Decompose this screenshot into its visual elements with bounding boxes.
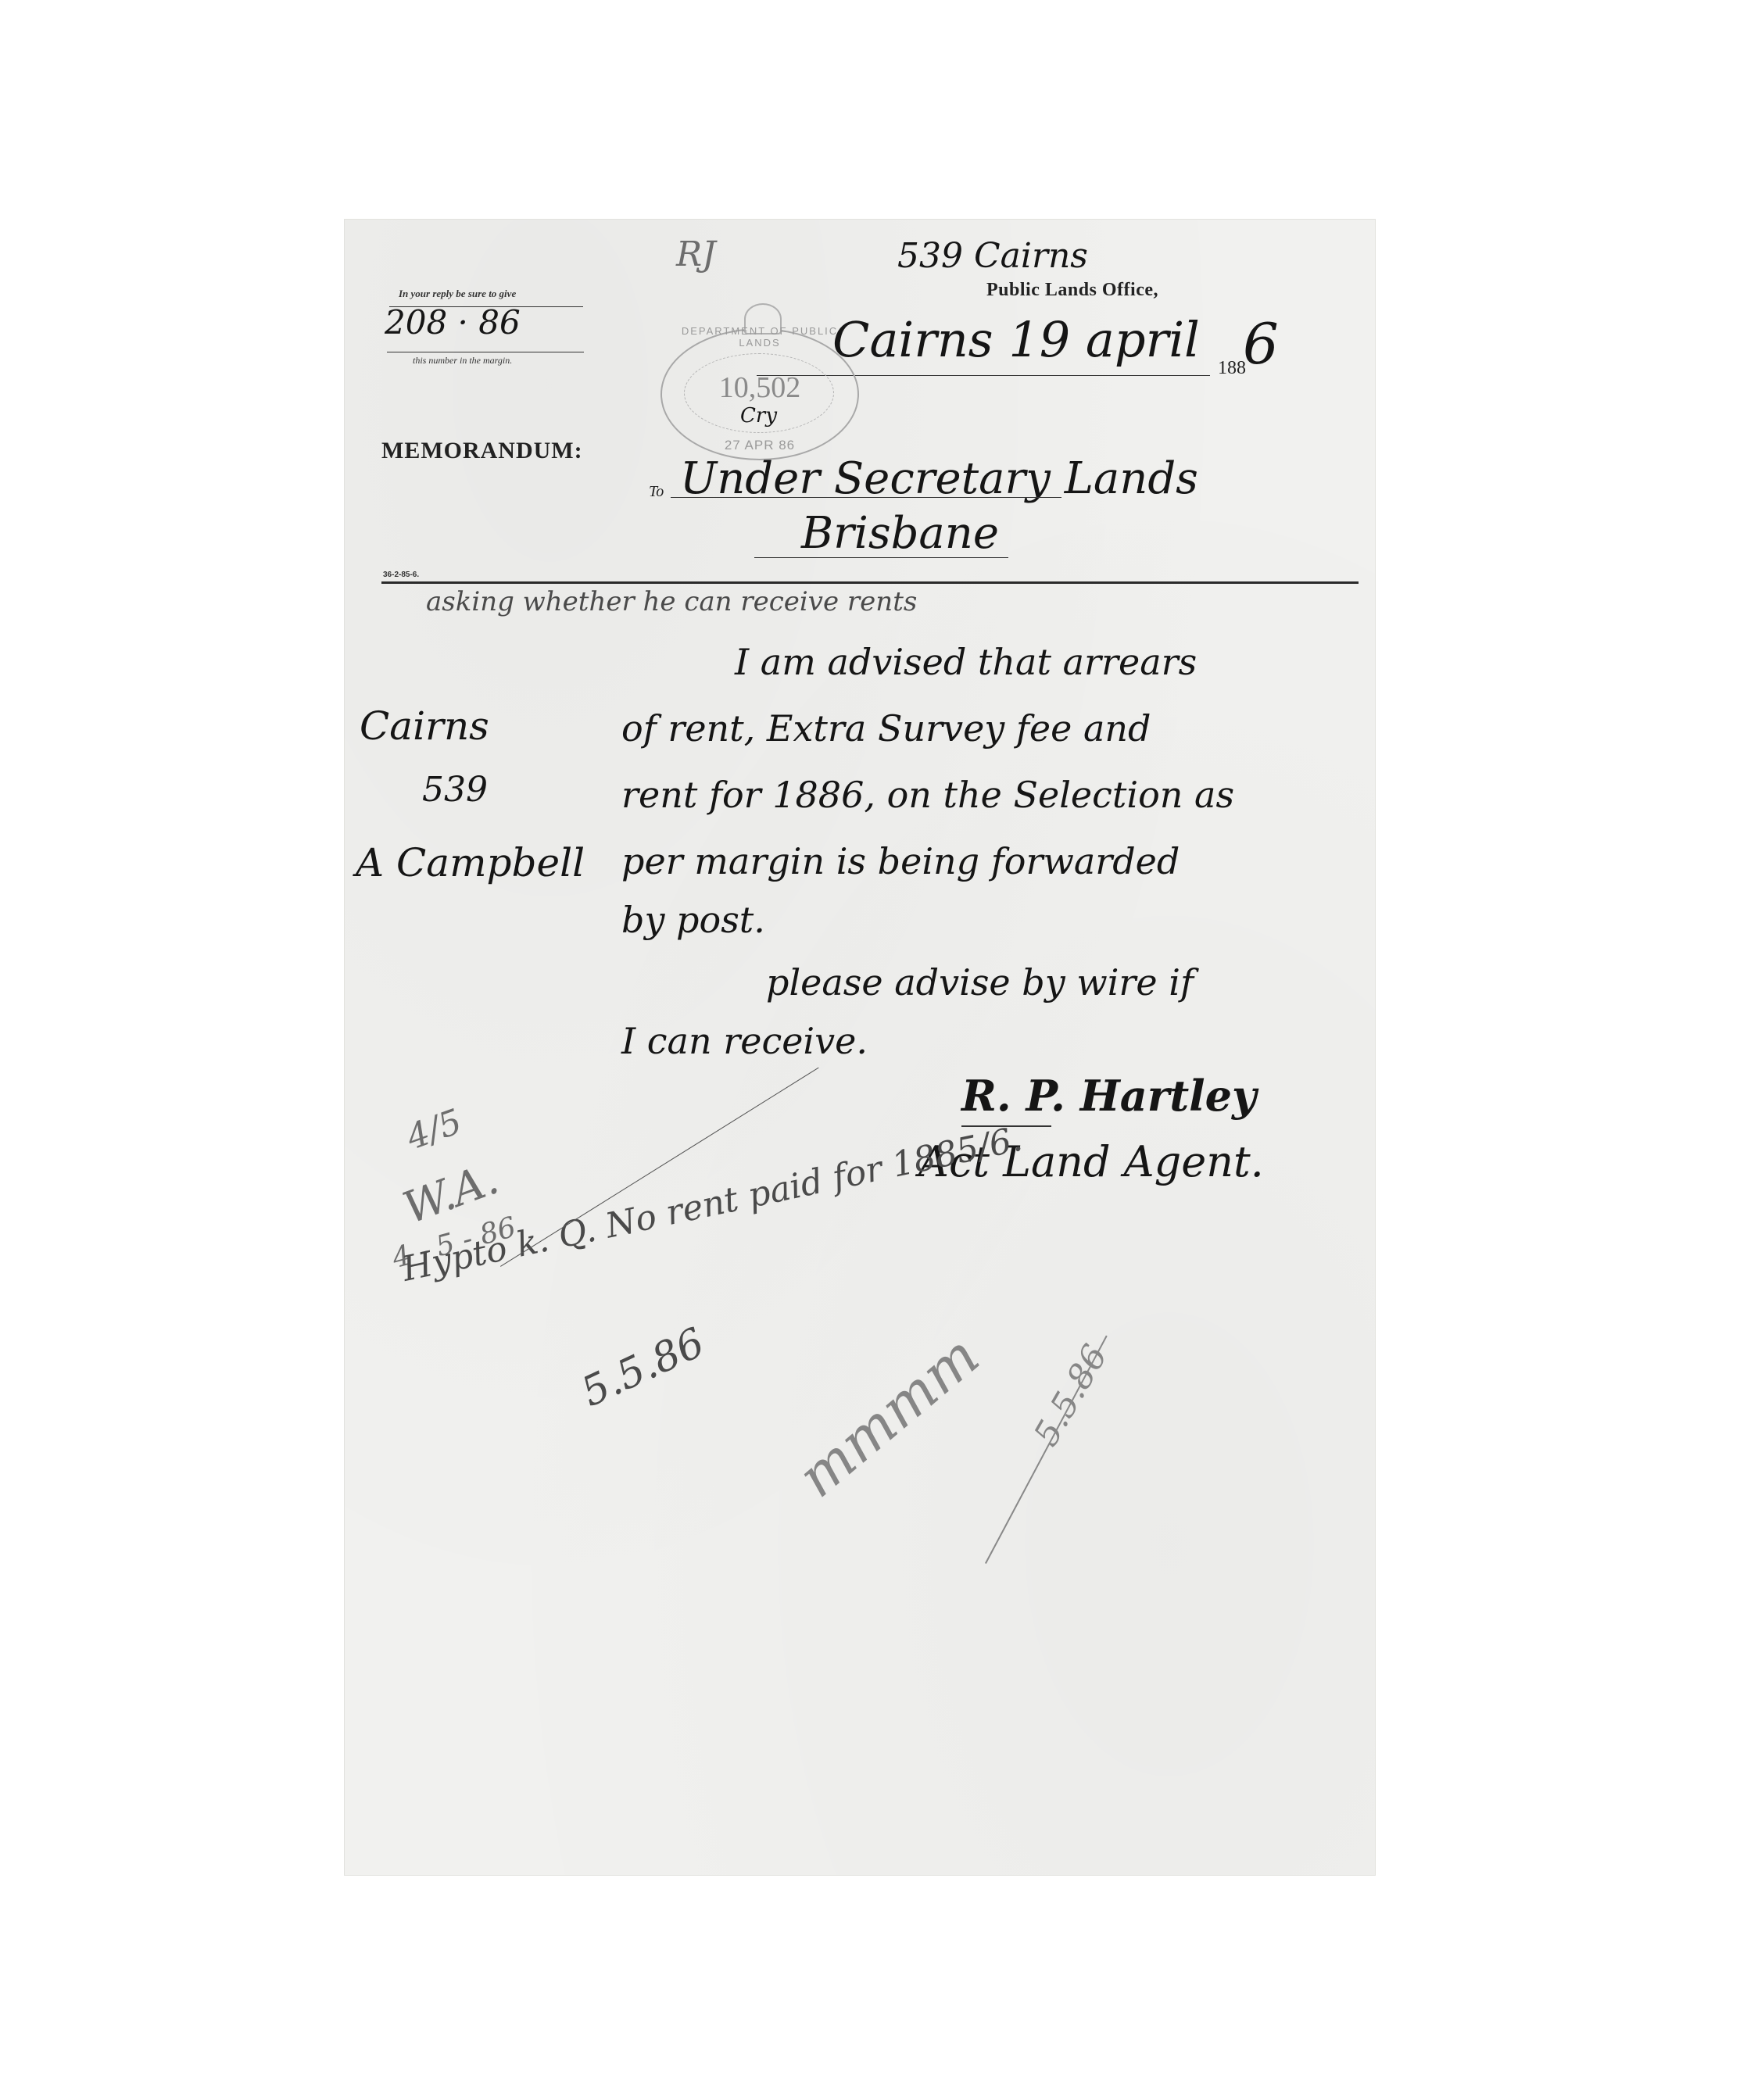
year-printed: 188 — [1218, 358, 1246, 379]
body-line-2: of rent, Extra Survey fee and — [621, 707, 1151, 749]
body-line-1: I am advised that arrears — [735, 641, 1197, 683]
place-date: Cairns 19 april — [832, 311, 1200, 368]
stamp-initials: Cry — [740, 404, 777, 428]
pencil-slash — [985, 1336, 1108, 1564]
year-handwritten: 6 — [1243, 311, 1279, 377]
memo-title: MEMORANDUM: — [381, 438, 583, 464]
header-divider — [381, 581, 1359, 584]
to-rule-1 — [671, 497, 1061, 498]
form-code: 36-2-85-6. — [383, 571, 419, 579]
file-reference: 539 Cairns — [897, 236, 1088, 276]
signature-name: R. P. Hartley — [961, 1071, 1256, 1121]
reply-instruction: In your reply be sure to give — [399, 288, 516, 300]
memorandum-sheet: In your reply be sure to give 208 · 86 t… — [344, 219, 1376, 1876]
body-line-6: please advise by wire if — [766, 961, 1194, 1003]
ink-note-date: 5.5.86 — [575, 1319, 711, 1416]
pencil-initials-top: RJ — [676, 234, 716, 274]
pencil-signature: mmmm — [786, 1322, 991, 1510]
stamp-date: 27 APR 86 — [662, 438, 857, 453]
body-line-3: rent for 1886, on the Selection as — [621, 774, 1234, 816]
body-line-5: by post. — [621, 899, 765, 941]
reply-number: 208 · 86 — [385, 303, 521, 342]
margin-name: A Campbell — [356, 840, 585, 885]
received-stamp: DEPARTMENT OF PUBLIC LANDS 10,502 Cry 27… — [660, 328, 859, 460]
to-label: To — [649, 483, 664, 501]
subject-note: asking whether he can receive rents — [426, 586, 917, 617]
cross-out-line — [500, 1068, 819, 1267]
margin-place: Cairns — [360, 703, 489, 749]
reply-rule-bottom — [387, 352, 584, 352]
body-line-4: per margin is being forwarded — [621, 840, 1180, 882]
to-rule-2 — [754, 557, 1008, 558]
addressee-line-2: Brisbane — [801, 508, 999, 559]
pencil-annotation-1: 4/5 — [401, 1101, 467, 1157]
margin-instruction: this number in the margin. — [413, 355, 512, 367]
body-line-7: I can receive. — [621, 1020, 868, 1062]
stamp-department: DEPARTMENT OF PUBLIC LANDS — [662, 325, 857, 349]
margin-number: 539 — [422, 770, 488, 810]
pencil-signature-date: 5.5.86 — [1026, 1338, 1115, 1453]
office-heading: Public Lands Office, — [986, 280, 1158, 301]
stamp-number: 10,502 — [662, 370, 857, 405]
